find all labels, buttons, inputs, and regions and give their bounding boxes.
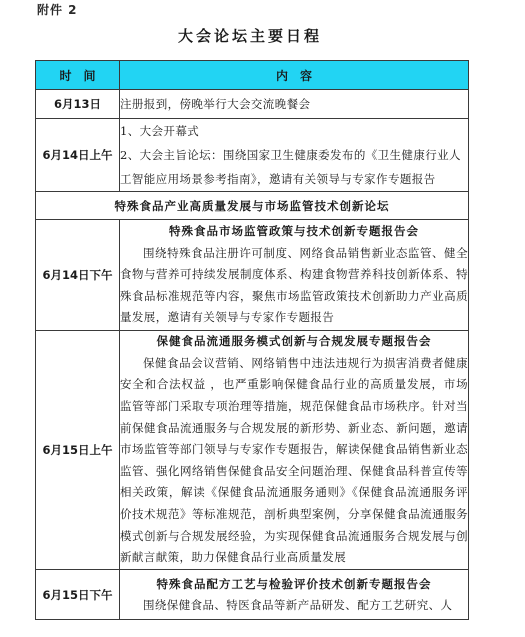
table-row: 6月15日下午 特殊食品配方工艺与检验评价技术创新专题报告会 围绕保健食品、特医… [36,570,469,620]
row-time: 6月14日上午 [36,119,120,192]
session-title: 特殊食品配方工艺与检验评价技术创新专题报告会 [120,574,468,595]
content-line: 1、大会开幕式 [120,119,468,143]
column-header-content: 内容 [120,61,469,90]
table-header-row: 时间 内容 [36,61,469,90]
content-line: 2、大会主旨论坛：围绕国家卫生健康委发布的《卫生健康行业人工智能应用场景参考指南… [120,143,468,191]
session-description: 保健食品会议营销、网络销售中违法违规行为损害消费者健康安全和合法权益 ，也严重影… [120,353,468,569]
row-time: 6月15日下午 [36,570,120,620]
row-content: 保健食品流通服务模式创新与合规发展专题报告会 保健食品会议营销、网络销售中违法违… [120,331,469,570]
row-content: 1、大会开幕式 2、大会主旨论坛：围绕国家卫生健康委发布的《卫生健康行业人工智能… [120,119,469,192]
session-description: 围绕保健食品、特医食品等新产品研发、配方工艺研究、人 [120,595,468,616]
attachment-label: 附件 2 [37,1,78,18]
row-content: 注册报到，傍晚举行大会交流晚餐会 [120,90,469,119]
table-row: 6月14日上午 1、大会开幕式 2、大会主旨论坛：围绕国家卫生健康委发布的《卫生… [36,119,469,192]
document-title: 大会论坛主要日程 [0,25,500,46]
table-row: 6月15日上午 保健食品流通服务模式创新与合规发展专题报告会 保健食品会议营销、… [36,331,469,570]
section-row: 特殊食品产业高质量发展与市场监管技术创新论坛 [36,192,469,220]
schedule-table: 时间 内容 6月13日 注册报到，傍晚举行大会交流晚餐会 6月14日上午 1、大… [35,60,469,620]
row-time: 6月13日 [36,90,120,119]
session-title: 特殊食品市场监管政策与技术创新专题报告会 [120,221,468,243]
row-content: 特殊食品市场监管政策与技术创新专题报告会 围绕特殊食品注册许可制度、网络食品销售… [120,220,469,331]
row-content: 特殊食品配方工艺与检验评价技术创新专题报告会 围绕保健食品、特医食品等新产品研发… [120,570,469,620]
column-header-time: 时间 [36,61,120,90]
row-time: 6月14日下午 [36,220,120,331]
row-time: 6月15日上午 [36,331,120,570]
table-row: 6月13日 注册报到，傍晚举行大会交流晚餐会 [36,90,469,119]
table-row: 6月14日下午 特殊食品市场监管政策与技术创新专题报告会 围绕特殊食品注册许可制… [36,220,469,331]
session-description: 围绕特殊食品注册许可制度、网络食品销售新业态监管、健全食物与营养可持续发展制度体… [120,243,468,329]
forum-section-title: 特殊食品产业高质量发展与市场监管技术创新论坛 [36,192,469,220]
session-title: 保健食品流通服务模式创新与合规发展专题报告会 [120,331,468,353]
content-line: 注册报到，傍晚举行大会交流晚餐会 [120,92,468,116]
